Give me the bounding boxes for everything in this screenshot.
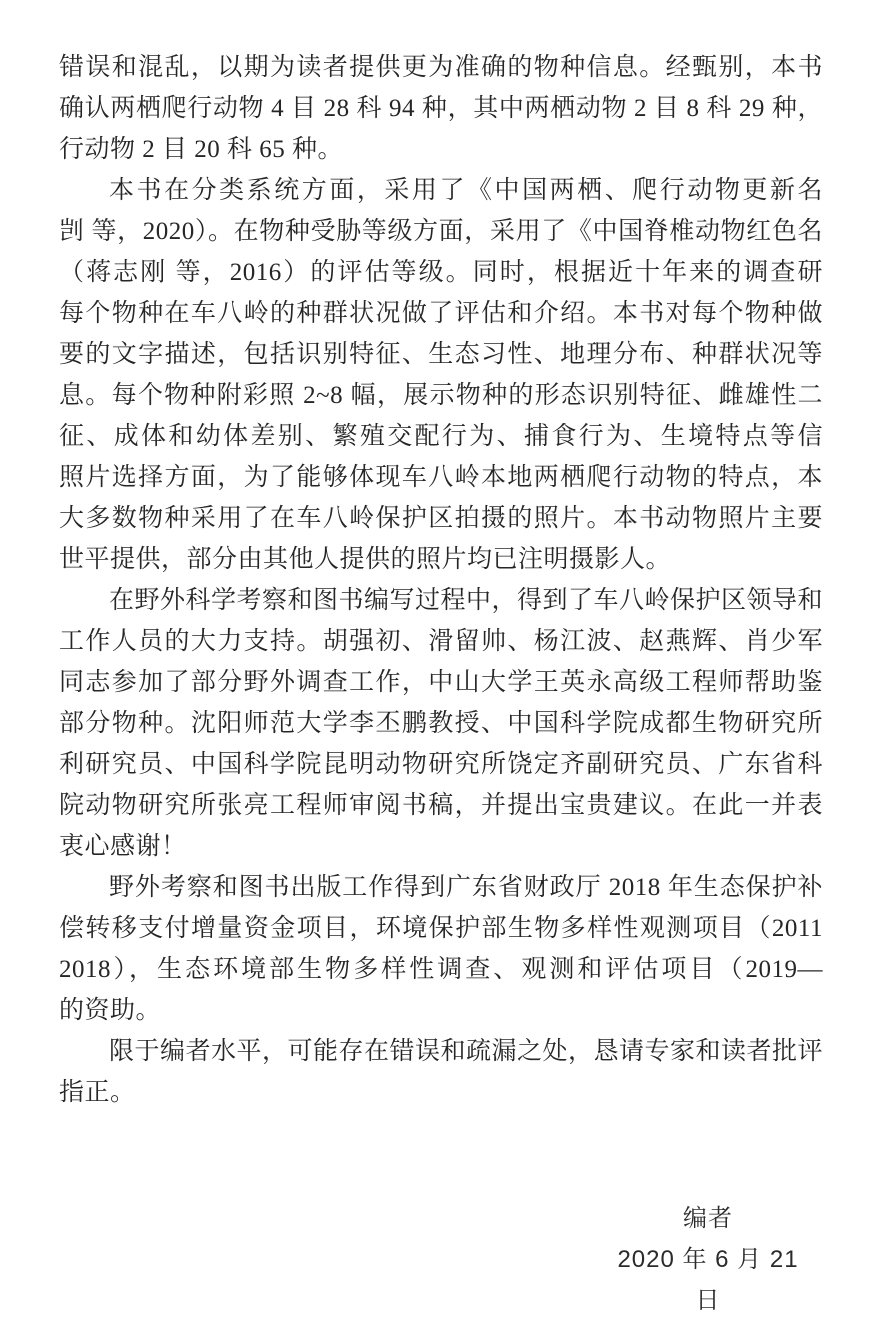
signature-date: 2020 年 6 月 21 日 xyxy=(603,1239,813,1280)
paragraph: 错误和混乱，以期为读者提供更为准确的物种信息。经甄别，本书共 确认两栖爬行动物 … xyxy=(59,47,823,170)
text-line: 征、成体和幼体差别、繁殖交配行为、捕食行为、生境特点等信息。在 xyxy=(59,416,823,457)
text-line: 息。每个物种附彩照 2~8 幅，展示物种的形态识别特征、雌雄性二态特 xyxy=(59,375,823,416)
text-line: 大多数物种采用了在车八岭保护区拍摄的照片。本书动物照片主要由龚 xyxy=(59,498,823,539)
signature-author: 编者 xyxy=(603,1198,813,1239)
signature-block: 编者 2020 年 6 月 21 日 xyxy=(603,1198,813,1280)
text-line: 行动物 2 目 20 科 65 种。 xyxy=(59,129,823,170)
text-line: 同志参加了部分野外调查工作，中山大学王英永高级工程师帮助鉴定 xyxy=(59,662,823,703)
text-line: 野外考察和图书出版工作得到广东省财政厅 2018 年生态保护补 xyxy=(59,867,823,908)
text-line: 的资助。 xyxy=(59,990,823,1031)
text-line: 偿转移支付增量资金项目，环境保护部生物多样性观测项目（2011— xyxy=(59,908,823,949)
text-line: 2018），生态环境部生物多样性调查、观测和评估项目（2019—2023） xyxy=(59,949,823,990)
text-line: 每个物种在车八岭的种群状况做了评估和介绍。本书对每个物种做了简 xyxy=(59,293,823,334)
text-line: 利研究员、中国科学院昆明动物研究所饶定齐副研究员、广东省科学 xyxy=(59,744,823,785)
text-line: 衷心感谢！ xyxy=(59,826,823,867)
text-line: 要的文字描述，包括识别特征、生态习性、地理分布、种群状况等信 xyxy=(59,334,823,375)
text-line: 在野外科学考察和图书编写过程中，得到了车八岭保护区领导和 xyxy=(59,580,823,621)
text-line: 世平提供，部分由其他人提供的照片均已注明摄影人。 xyxy=(59,539,823,580)
text-line: 剀 等，2020）。在物种受胁等级方面，采用了《中国脊椎动物红色名录》 xyxy=(59,211,823,252)
text-line: 照片选择方面，为了能够体现车八岭本地两栖爬行动物的特点，本书绝 xyxy=(59,457,823,498)
text-line: 部分物种。沈阳师范大学李丕鹏教授、中国科学院成都生物研究所丁 xyxy=(59,703,823,744)
paragraph: 野外考察和图书出版工作得到广东省财政厅 2018 年生态保护补 偿转移支付增量资… xyxy=(59,867,823,1031)
paragraph: 本书在分类系统方面，采用了《中国两栖、爬行动物更新名录》（王 剀 等，2020）… xyxy=(59,170,823,580)
text-line: 指正。 xyxy=(59,1072,823,1113)
document-page: 错误和混乱，以期为读者提供更为准确的物种信息。经甄别，本书共 确认两栖爬行动物 … xyxy=(0,0,881,1319)
text-line: 本书在分类系统方面，采用了《中国两栖、爬行动物更新名录》（王 xyxy=(59,170,823,211)
paragraph: 限于编者水平，可能存在错误和疏漏之处，恳请专家和读者批评 指正。 xyxy=(59,1031,823,1113)
text-line: 院动物研究所张亮工程师审阅书稿，并提出宝贵建议。在此一并表示 xyxy=(59,785,823,826)
paragraph: 在野外科学考察和图书编写过程中，得到了车八岭保护区领导和 工作人员的大力支持。胡… xyxy=(59,580,823,867)
text-line: （蒋志刚 等，2016）的评估等级。同时，根据近十年来的调查研究，对 xyxy=(59,252,823,293)
preface-text: 错误和混乱，以期为读者提供更为准确的物种信息。经甄别，本书共 确认两栖爬行动物 … xyxy=(59,47,823,1113)
text-line: 确认两栖爬行动物 4 目 28 科 94 种，其中两栖动物 2 目 8 科 29… xyxy=(59,88,823,129)
text-line: 限于编者水平，可能存在错误和疏漏之处，恳请专家和读者批评 xyxy=(59,1031,823,1072)
text-line: 错误和混乱，以期为读者提供更为准确的物种信息。经甄别，本书共 xyxy=(59,47,823,88)
text-line: 工作人员的大力支持。胡强初、滑留帅、杨江波、赵燕辉、肖少军等 xyxy=(59,621,823,662)
